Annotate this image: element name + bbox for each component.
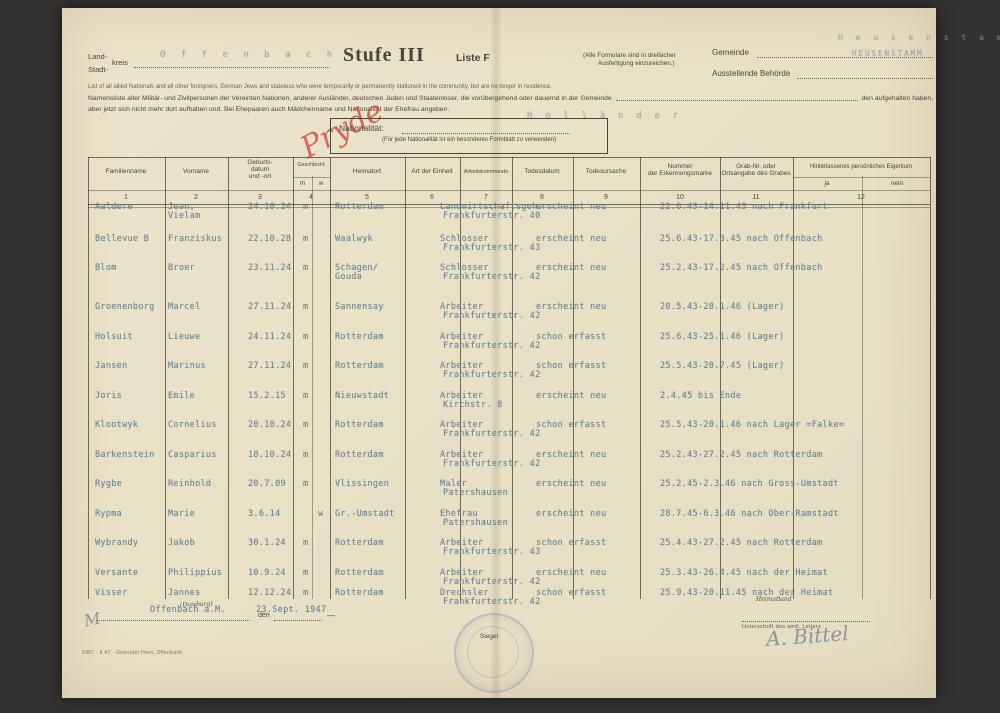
row-7-cell-beruf2: Kirchstr. 8 — [443, 401, 503, 410]
row-3-cell-heim2: Gouda — [335, 273, 362, 282]
column-number-8: 8 — [513, 194, 572, 201]
row-4-cell-heim: Sannensay — [335, 303, 384, 312]
row-7-cell-sex: m — [303, 392, 308, 401]
row-14-cell-status: schon erfasst — [536, 589, 606, 598]
row-14-cell-fam: Visser — [95, 589, 128, 598]
row-3-cell-vor: Broer — [168, 264, 195, 273]
column-header-3: Geburts- datum und -ort — [229, 159, 292, 180]
row-5-cell-vor: Lieuwe — [168, 333, 201, 342]
row-12-cell-vor: Jakob — [168, 539, 195, 548]
row-1-cell-verbleib: 22.6.43-14.11.43 nach Frankfurt — [660, 203, 828, 212]
row-6-cell-vor: Marinus — [168, 362, 206, 371]
row-5-cell-geb: 24.11.24 — [248, 333, 291, 342]
liste-label: Liste F — [456, 52, 490, 64]
column-number-1: 1 — [89, 194, 164, 201]
row-5-cell-beruf2: Frankfurterstr. 42 — [443, 342, 541, 351]
row-6-cell-status: schon erfasst — [536, 362, 606, 371]
eigentum-sub-ja: ja — [815, 180, 839, 187]
row-12-cell-verbleib: 25.4.43-27.2.45 nach Rotterdam — [660, 539, 823, 548]
table-gridline — [405, 157, 406, 599]
row-9-cell-verbleib: 25.2.43-27.2.45 nach Rotterdam — [660, 451, 823, 460]
place-line — [96, 619, 250, 621]
nationality-label: Nationalität: — [339, 123, 384, 133]
row-3-cell-geb: 23.11.24 — [248, 264, 291, 273]
column-number-3: 3 — [229, 194, 292, 201]
column-header-4: Geschlecht — [293, 162, 329, 169]
date-line — [274, 619, 322, 621]
row-10-cell-beruf2: Patershausen — [443, 489, 508, 498]
table-gridline — [720, 157, 721, 599]
den-label: den — [258, 612, 270, 619]
table-gridline — [793, 157, 794, 599]
nationality-line — [402, 132, 570, 134]
table-gridline — [293, 157, 294, 599]
row-2-cell-sex: m — [303, 235, 308, 244]
nationality-typed-value: H o l l ä n d e r — [527, 111, 682, 121]
row-3-cell-verbleib: 25.2.43-17.2.45 nach Offenbach — [660, 264, 823, 273]
column-number-9: 9 — [574, 194, 639, 201]
row-7-cell-vor: Emile — [168, 392, 195, 401]
row-8-cell-sex: m — [303, 421, 308, 430]
row-11-cell-sex: w — [318, 510, 323, 519]
row-6-cell-beruf2: Frankfurterstr. 42 — [443, 371, 541, 380]
row-12-cell-heim: Rotterdam — [335, 539, 384, 548]
row-1-cell-vor2: Vielam — [168, 212, 201, 221]
row-7-cell-fam: Joris — [95, 392, 122, 401]
typed-place: Offenbach a.M. — [150, 606, 226, 615]
row-9-cell-geb: 18.10.24 — [248, 451, 291, 460]
row-3-cell-sex: m — [303, 264, 308, 273]
column-header-10: Nummer der Erkennungsmarke — [641, 163, 719, 177]
row-7-cell-heim: Nieuwstadt — [335, 392, 389, 401]
row-6-cell-geb: 27.11.24 — [248, 362, 291, 371]
row-13-cell-geb: 10.9.24 — [248, 569, 286, 578]
row-6-cell-sex: m — [303, 362, 308, 371]
row-5-cell-sex: m — [303, 333, 308, 342]
row-3-cell-fam: Blom — [95, 264, 117, 273]
row-7-cell-status: erscheint neu — [536, 392, 606, 401]
row-11-cell-geb: 3.6.14 — [248, 510, 281, 519]
row-1-cell-heim: Rotterdam — [335, 203, 384, 212]
column-header-9: Todesursache — [574, 168, 639, 175]
behoerde-line — [797, 77, 933, 79]
table-gridline — [228, 157, 229, 599]
table-gridline — [293, 177, 330, 178]
row-12-cell-fam: Wybrandy — [95, 539, 138, 548]
table-gridline — [793, 177, 930, 178]
table-gridline — [88, 157, 930, 158]
row-10-cell-heim: Vlissingen — [335, 480, 389, 489]
row-10-cell-sex: m — [303, 480, 308, 489]
row-1-cell-geb: 24.10.24 — [248, 203, 291, 212]
column-header-5: Heimatort — [331, 168, 404, 175]
row-1-cell-beruf2: Frankfurterstr. 40 — [443, 212, 541, 221]
row-4-cell-vor: Marcel — [168, 303, 201, 312]
row-8-cell-heim: Rotterdam — [335, 421, 384, 430]
column-number-10: 10 — [641, 194, 719, 201]
intro-german-1: Namensliste aller Militär- und Zivilpers… — [88, 95, 933, 102]
row-5-cell-heim: Rotterdam — [335, 333, 384, 342]
table-gridline — [88, 190, 930, 191]
row-9-cell-beruf2: Frankfurterstr. 42 — [443, 460, 541, 469]
intro-english: List of all allied Nationals and all oth… — [88, 84, 788, 90]
gemeinde-typed-spaced: H e u s e n s t a m m — [838, 33, 1000, 42]
page-title: Stufe III — [343, 44, 425, 67]
column-number-12: 12 — [794, 194, 929, 201]
row-8-cell-verbleib: 25.5.43-20.1.46 nach Lager =Falke= — [660, 421, 844, 430]
row-1-cell-fam: Aaldere — [95, 203, 133, 212]
table-gridline — [330, 157, 331, 599]
behoerde-label: Ausstellende Behörde — [712, 69, 790, 78]
row-10-cell-status: erscheint neu — [536, 480, 606, 489]
form-note-line2: Ausfertigung einzureichen.) — [598, 60, 675, 67]
column-number-5: 5 — [331, 194, 404, 201]
gemeinde-typed-2: HEUSENSTAMM — [852, 49, 924, 58]
scanned-document-page: Land- Stadt- kreis O f f e n b a c h Stu… — [0, 0, 1000, 713]
row-11-cell-fam: Rypma — [95, 510, 122, 519]
row-4-cell-beruf2: Frankfurterstr. 42 — [443, 312, 541, 321]
geschlecht-sub-m: m — [294, 180, 311, 187]
row-1-cell-status: erscheint neu — [536, 203, 606, 212]
row-14-cell-beruf2: Frankfurterstr. 42 — [443, 598, 541, 607]
table-gridline — [165, 157, 166, 599]
row-3-cell-beruf2: Frankfurterstr. 42 — [443, 273, 541, 282]
column-number-7: 7 — [460, 194, 512, 201]
row-9-cell-fam: Barkenstein — [95, 451, 155, 460]
row-14-cell-geb: 12.12.24 — [248, 589, 291, 598]
row-2-cell-status: erscheint neu — [536, 235, 606, 244]
row-12-cell-beruf2: Frankfurterstr. 43 — [443, 548, 541, 557]
handwritten-heimat-note: Heimatland — [756, 596, 792, 603]
row-8-cell-vor: Cornelius — [168, 421, 217, 430]
table-gridline — [573, 157, 574, 599]
row-8-cell-geb: 20.10.24 — [248, 421, 291, 430]
row-12-cell-geb: 30.1.24 — [248, 539, 286, 548]
kreis-line — [134, 66, 330, 68]
row-10-cell-fam: Rygbe — [95, 480, 122, 489]
stadt-label: Stadt- — [88, 65, 108, 74]
form-note-line1: (Alle Formulare sind in dreifacher — [583, 52, 676, 59]
row-11-cell-status: erscheint neu — [536, 510, 606, 519]
row-2-cell-vor: Franziskus — [168, 235, 222, 244]
row-13-cell-sex: m — [303, 569, 308, 578]
row-1-cell-sex: m — [303, 203, 308, 212]
row-10-cell-geb: 20.7.09 — [248, 480, 286, 489]
table-gridline — [312, 176, 313, 599]
table-gridline — [930, 157, 931, 599]
row-13-cell-fam: Versante — [95, 569, 138, 578]
row-12-cell-status: schon erfasst — [536, 539, 606, 548]
intro-german-2: aber jetzt sich nicht mehr dort aufhalte… — [88, 106, 933, 113]
row-6-cell-heim: Rotterdam — [335, 362, 384, 371]
column-header-6: Art der Einheit — [406, 168, 459, 175]
row-9-cell-status: erscheint neu — [536, 451, 606, 460]
row-13-cell-heim: Rotterdam — [335, 569, 384, 578]
row-5-cell-fam: Holsuit — [95, 333, 133, 342]
row-14-cell-sex: m — [303, 589, 308, 598]
row-7-cell-verbleib: 2.4.45 bis Ende — [660, 392, 741, 401]
intro-german-1-text: Namensliste aller Militär- und Zivilpers… — [88, 95, 612, 102]
row-9-cell-sex: m — [303, 451, 308, 460]
column-header-1: Familienname — [89, 168, 164, 175]
siegel-label: Siegel — [480, 633, 498, 640]
row-4-cell-sex: m — [303, 303, 308, 312]
intro-german-gap-line — [616, 99, 858, 101]
row-2-cell-heim: Waalwyk — [335, 235, 373, 244]
row-11-cell-vor: Marie — [168, 510, 195, 519]
column-header-11: Grab-Nr. oder Ortsangabe des Grabes — [720, 163, 793, 177]
land-label: Land- — [88, 52, 107, 61]
row-6-cell-verbleib: 25.5.43-20.7.45 (Lager) — [660, 362, 785, 371]
row-5-cell-status: schon erfasst — [536, 333, 606, 342]
nationality-note: (Für jede Nationalität ist ein besondere… — [336, 137, 602, 143]
row-8-cell-status: schon erfasst — [536, 421, 606, 430]
table-gridline — [640, 157, 641, 599]
column-number-2: 2 — [166, 194, 227, 201]
row-6-cell-fam: Jansen — [95, 362, 128, 371]
table-gridline — [862, 176, 863, 599]
row-2-cell-fam: Bellevue B — [95, 235, 149, 244]
row-5-cell-verbleib: 25.6.43-25.1.46 (Lager) — [660, 333, 785, 342]
row-11-cell-verbleib: 28.7.45-6.3.46 nach Ober-Ramstadt — [660, 510, 839, 519]
column-header-12: Hinterlassenes persönliches Eigentum — [794, 164, 929, 171]
row-14-cell-heim: Rotterdam — [335, 589, 384, 598]
column-header-2: Vorname — [166, 168, 227, 175]
row-13-cell-verbleib: 25.3.43-26.4.45 nach der Heimat — [660, 569, 828, 578]
kreis-label: kreis — [112, 58, 128, 67]
kreis-typed-value: O f f e n b a c h — [160, 50, 337, 60]
row-12-cell-sex: m — [303, 539, 308, 548]
row-14-cell-verbleib: 25.9.43-20.11.45 nach der Heimat — [660, 589, 833, 598]
row-3-cell-status: erscheint neu — [536, 264, 606, 273]
column-header-7: Arbeitskommando — [460, 169, 512, 176]
row-4-cell-fam: Groenenborg — [95, 303, 155, 312]
row-9-cell-vor: Casparius — [168, 451, 217, 460]
row-2-cell-verbleib: 25.6.43-17.3.45 nach Offenbach — [660, 235, 823, 244]
row-7-cell-geb: 15.2.15 — [248, 392, 286, 401]
row-8-cell-beruf2: Frankfurterstr. 42 — [443, 430, 541, 439]
row-14-cell-vor: Jannes — [168, 589, 201, 598]
row-10-cell-verbleib: 25.2.45-2.3.46 nach Gross-Umstadt — [660, 480, 839, 489]
row-4-cell-geb: 27.11.24 — [248, 303, 291, 312]
geschlecht-sub-w: w — [313, 180, 329, 187]
row-8-cell-fam: Klootwyk — [95, 421, 138, 430]
row-4-cell-status: erscheint neu — [536, 303, 606, 312]
eigentum-sub-nein: nein — [884, 180, 910, 187]
date-dash: — — [327, 611, 335, 620]
row-11-cell-beruf2: Patershausen — [443, 519, 508, 528]
gemeinde-label: Gemeinde — [712, 48, 749, 57]
row-11-cell-heim: Gr.-Umstadt — [335, 510, 395, 519]
row-2-cell-beruf2: Frankfurterstr. 43 — [443, 244, 541, 253]
column-number-6: 6 — [406, 194, 459, 201]
column-number-4: 4 — [293, 194, 329, 201]
printer-imprint: 5907 · 6.47 · Gebrüder Horn, Offenbach — [82, 650, 182, 656]
row-13-cell-vor: Philippius — [168, 569, 222, 578]
signature-line — [742, 620, 870, 622]
row-9-cell-heim: Rotterdam — [335, 451, 384, 460]
column-header-8: Todesdatum — [513, 168, 572, 175]
row-4-cell-verbleib: 20.5.43-28.1.46 (Lager) — [660, 303, 785, 312]
row-13-cell-beruf2: Frankfurterstr. 42 — [443, 578, 541, 587]
row-13-cell-status: erscheint neu — [536, 569, 606, 578]
table-gridline — [88, 157, 89, 599]
intro-german-1-tail: den aufgehalten haben, — [862, 95, 933, 102]
row-10-cell-vor: Reinhold — [168, 480, 211, 489]
row-2-cell-geb: 22.10.28 — [248, 235, 291, 244]
column-number-11: 11 — [720, 194, 793, 201]
